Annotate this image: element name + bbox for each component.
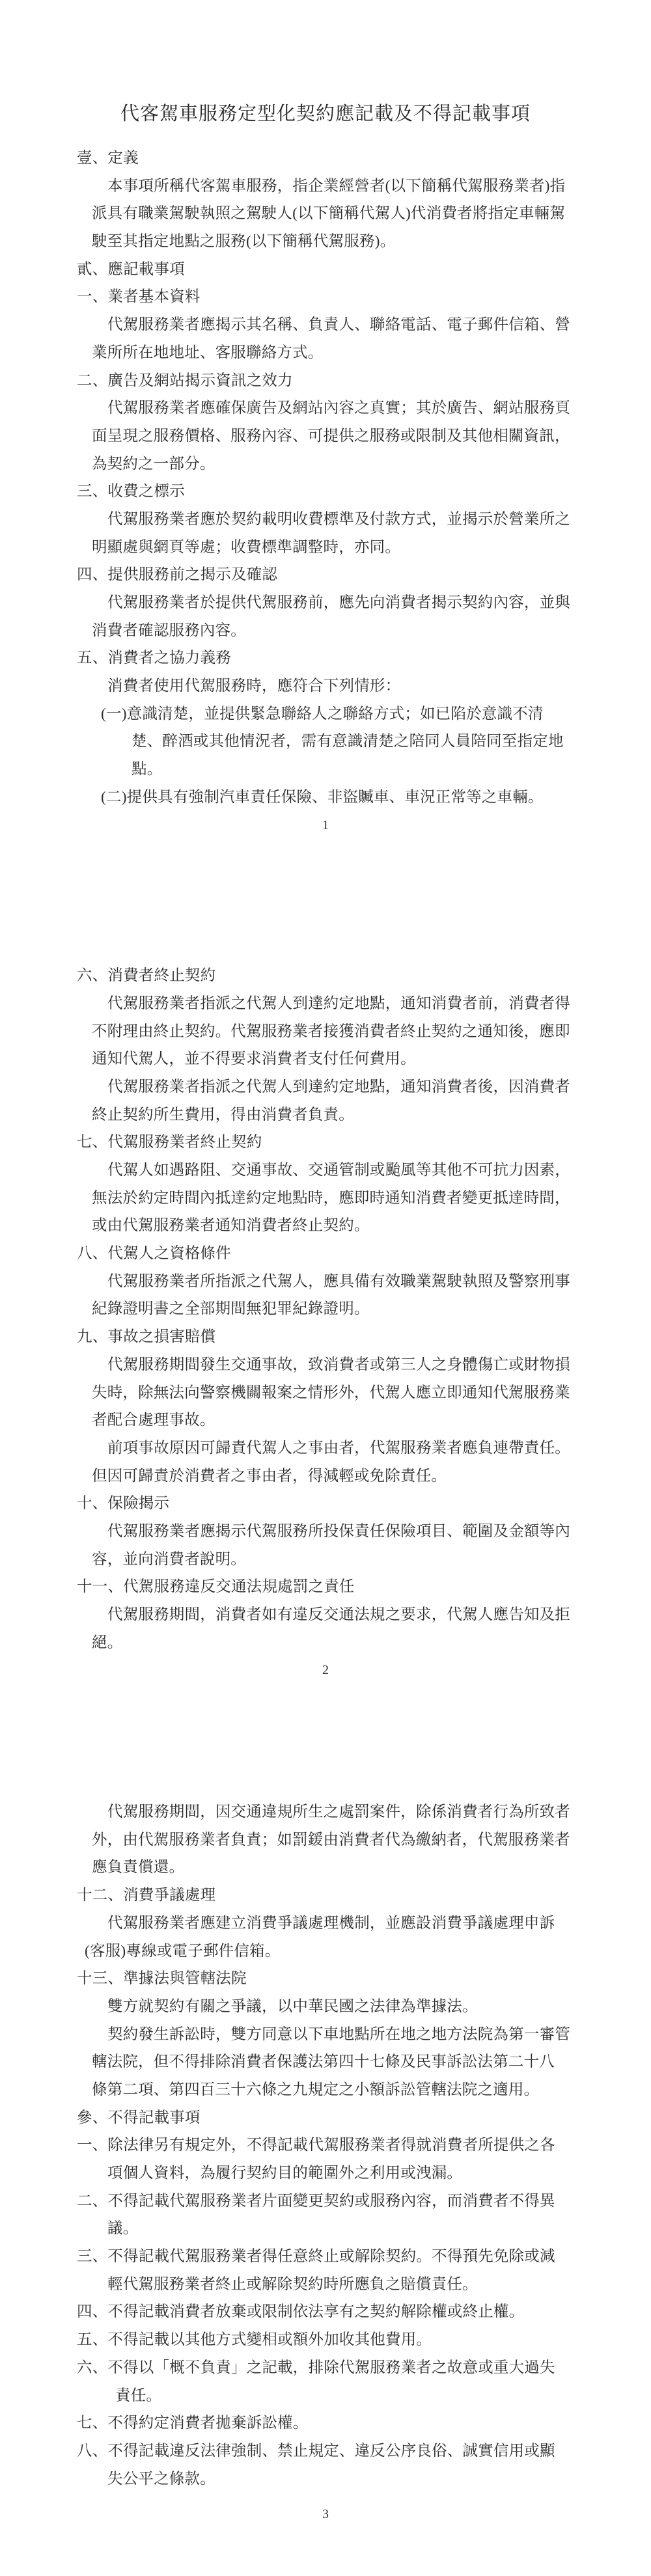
doc-line: 不附理由終止契約。代駕服務業者接獲消費者終止契約之通知後，應即: [92, 1018, 651, 1046]
doc-line: 五、不得記載以其他方式變相或額外加收其他費用。: [77, 2326, 651, 2354]
doc-line: 責任。: [115, 2382, 651, 2410]
doc-line: 失時，除無法向警察機關報案之情形外，代駕人應立即通知代駕服務業: [92, 1379, 651, 1407]
doc-line: 項個人資料，為履行契約目的範圍外之利用或洩漏。: [107, 2159, 651, 2187]
doc-line: 代駕服務業者應揭示其名稱、負責人、聯絡電話、電子郵件信箱、營: [107, 311, 651, 339]
pages-container: 壹、定義本事項所稱代客駕車服務，指企業經營者(以下簡稱代駕服務業者)指派具有職業…: [0, 144, 651, 2528]
doc-line: 代駕服務業者應確保廣告及網站內容之真實；其於廣告、網站服務頁: [107, 394, 651, 422]
doc-line: 代駕服務業者應揭示代駕服務所投保責任保險項目、範圍及金額等內: [107, 1518, 651, 1546]
page-number: 3: [0, 2501, 651, 2528]
doc-line: 契約發生訴訟時，雙方同意以下車地點所在地之地方法院為第一審管: [107, 2021, 651, 2049]
doc-line: 議。: [107, 2215, 651, 2243]
doc-line: 八、代駕人之資格條件: [77, 1240, 651, 1268]
doc-line: 雙方就契約有關之爭議，以中華民國之法律為準據法。: [107, 1993, 651, 2021]
doc-line: 一、業者基本資料: [77, 283, 651, 311]
doc-line: 容，並向消費者說明。: [92, 1546, 651, 1574]
doc-line: 參、不得記載事項: [77, 2104, 651, 2132]
doc-line: 六、消費者終止契約: [77, 962, 651, 990]
doc-line: 十、保險揭示: [77, 1490, 651, 1518]
doc-line: 無法於約定時間內抵達約定地點時，應即時通知消費者變更抵達時間，: [92, 1185, 651, 1213]
page-2: 六、消費者終止契約代駕服務業者指派之代駕人到達約定地點，通知消費者前，消費者得不…: [0, 962, 651, 1684]
page-number: 1: [0, 812, 651, 840]
doc-line: 通知代駕人，並不得要求消費者支付任何費用。: [92, 1045, 651, 1073]
doc-line: 但因可歸責於消費者之事由者，得減輕或免除責任。: [92, 1462, 651, 1490]
doc-line: 紀錄證明書之全部期間無犯罪紀錄證明。: [92, 1295, 651, 1323]
doc-line: 四、不得記載消費者放棄或限制依法享有之契約解除權或終止權。: [77, 2298, 651, 2326]
doc-line: 前項事故原因可歸責代駕人之事由者，代駕服務業者應負連帶責任。: [107, 1434, 651, 1462]
doc-line: 消費者使用代駕服務時，應符合下列情形：: [107, 672, 651, 700]
doc-line: (二)提供具有強制汽車責任保險、非盜贓車、車況正常等之車輛。: [101, 784, 651, 812]
doc-line: 本事項所稱代客駕車服務，指企業經營者(以下簡稱代駕服務業者)指: [107, 172, 651, 200]
doc-line: 二、廣告及網站揭示資訊之效力: [77, 367, 651, 395]
doc-line: 十二、消費爭議處理: [77, 1882, 651, 1910]
doc-line: 一、除法律另有規定外，不得記載代駕服務業者得就消費者所提供之各: [77, 2131, 651, 2159]
doc-line: 壹、定義: [77, 144, 651, 172]
doc-line: 代駕服務業者於提供代駕服務前，應先向消費者揭示契約內容，並與: [107, 589, 651, 617]
doc-line: 九、事故之損害賠償: [77, 1323, 651, 1351]
page-number: 2: [0, 1656, 651, 1684]
doc-line: 代駕服務業者所指派之代駕人，應具備有效職業駕駛執照及警察刑事: [107, 1268, 651, 1296]
doc-line: 代駕服務期間，因交通違規所生之處罰案件，除係消費者行為所致者: [107, 1798, 651, 1826]
doc-line: 駛至其指定地點之服務(以下簡稱代駕服務)。: [92, 228, 651, 256]
doc-line: 八、不得記載違反法律強制、禁止規定、違反公序良俗、誠實信用或顯: [77, 2437, 651, 2465]
doc-line: 點。: [132, 756, 651, 784]
doc-line: 業所所在地地址、客服聯絡方式。: [92, 339, 651, 367]
page-3: 代駕服務期間，因交通違規所生之處罰案件，除係消費者行為所致者外，由代駕服務業者負…: [0, 1798, 651, 2528]
doc-line: 終止契約所生費用，得由消費者負責。: [92, 1101, 651, 1129]
document-title: 代客駕車服務定型化契約應記載及不得記載事項: [0, 0, 651, 144]
doc-line: 絕。: [92, 1629, 651, 1657]
doc-line: 代駕服務業者指派之代駕人到達約定地點，通知消費者前，消費者得: [107, 990, 651, 1018]
doc-line: 代駕服務業者指派之代駕人到達約定地點，通知消費者後，因消費者: [107, 1073, 651, 1101]
doc-line: (客服)專線或電子郵件信箱。: [85, 1938, 651, 1966]
doc-line: 輕代駕服務業者終止或解除契約時所應負之賠償責任。: [107, 2271, 651, 2299]
doc-line: 五、消費者之協力義務: [77, 644, 651, 672]
doc-line: 者配合處理事故。: [92, 1406, 651, 1434]
doc-line: 十三、準據法與管轄法院: [77, 1965, 651, 1993]
doc-line: 失公平之條款。: [107, 2465, 651, 2493]
doc-line: 代駕服務業者應於契約載明收費標準及付款方式，並揭示於營業所之: [107, 506, 651, 534]
doc-line: 或由代駕服務業者通知消費者終止契約。: [92, 1212, 651, 1240]
contract-document: 代客駕車服務定型化契約應記載及不得記載事項 壹、定義本事項所稱代客駕車服務，指企…: [0, 0, 651, 2576]
doc-line: 六、不得以「概不負責」之記載，排除代駕服務業者之故意或重大過失: [77, 2354, 651, 2382]
doc-line: 外，由代駕服務業者負責；如罰鍰由消費者代為繳納者，代駕服務業者: [92, 1826, 651, 1854]
doc-line: 代駕服務期間，消費者如有違反交通法規之要求，代駕人應告知及拒: [107, 1601, 651, 1629]
doc-line: 為契約之一部分。: [92, 450, 651, 478]
doc-line: 二、不得記載代駕服務業者片面變更契約或服務內容，而消費者不得異: [77, 2187, 651, 2215]
doc-line: 代駕人如遇路阻、交通事故、交通管制或颱風等其他不可抗力因素，: [107, 1157, 651, 1185]
doc-line: 轄法院，但不得排除消費者保護法第四十七條及民事訴訟法第二十八: [92, 2048, 651, 2076]
doc-line: 消費者確認服務內容。: [92, 617, 651, 645]
doc-line: 代駕服務期間發生交通事故，致消費者或第三人之身體傷亡或財物損: [107, 1351, 651, 1379]
doc-line: 三、收費之標示: [77, 478, 651, 506]
doc-line: 楚、醉酒或其他情況者，需有意識清楚之陪同人員陪同至指定地: [132, 728, 651, 756]
doc-line: (一)意識清楚，並提供緊急聯絡人之聯絡方式；如已陷於意識不清: [101, 700, 651, 728]
doc-line: 應負責償還。: [92, 1854, 651, 1882]
doc-line: 面呈現之服務價格、服務內容、可提供之服務或限制及其他相關資訊，: [92, 422, 651, 450]
doc-line: 條第二項、第四百三十六條之九規定之小額訴訟管轄法院之適用。: [92, 2076, 651, 2104]
doc-line: 七、代駕服務業者終止契約: [77, 1129, 651, 1157]
page-1: 壹、定義本事項所稱代客駕車服務，指企業經營者(以下簡稱代駕服務業者)指派具有職業…: [0, 144, 651, 839]
doc-line: 三、不得記載代駕服務業者得任意終止或解除契約。不得預先免除或減: [77, 2243, 651, 2271]
doc-line: 七、不得約定消費者拋棄訴訟權。: [77, 2409, 651, 2437]
doc-line: 代駕服務業者應建立消費爭議處理機制，並應設消費爭議處理申訴: [107, 1910, 651, 1938]
doc-line: 明顯處與網頁等處；收費標準調整時，亦同。: [92, 534, 651, 562]
doc-line: 貳、應記載事項: [77, 256, 651, 284]
doc-line: 派具有職業駕駛執照之駕駛人(以下簡稱代駕人)代消費者將指定車輛駕: [92, 200, 651, 228]
doc-line: 十一、代駕服務違反交通法規處罰之責任: [77, 1573, 651, 1601]
doc-line: 四、提供服務前之揭示及確認: [77, 561, 651, 589]
